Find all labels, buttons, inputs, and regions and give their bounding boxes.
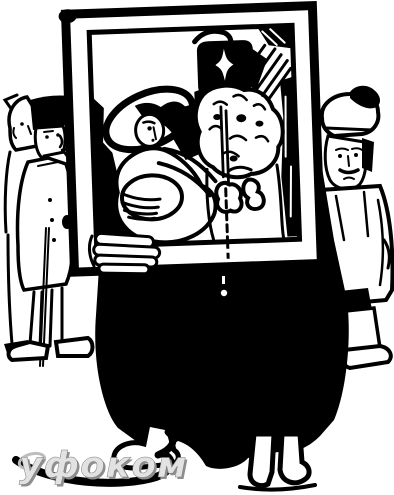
liquid-drip	[222, 276, 225, 284]
old-man-right-shoe	[56, 338, 93, 356]
right-bystander-face	[325, 136, 366, 189]
robe-button	[221, 290, 227, 296]
illustration-canvas: уфоком уфоком	[0, 0, 394, 495]
cartoon-illustration: уфоком уфоком	[0, 0, 394, 495]
hooded-man-eye	[20, 122, 24, 126]
picture-frame	[58, 1, 321, 273]
right-bystander-shoe	[342, 346, 391, 368]
carrier-hand	[89, 233, 159, 274]
watermark-text: уфоком	[19, 445, 188, 486]
carrier-right-boot-a	[250, 434, 274, 486]
old-man-left-shoe	[9, 342, 48, 360]
